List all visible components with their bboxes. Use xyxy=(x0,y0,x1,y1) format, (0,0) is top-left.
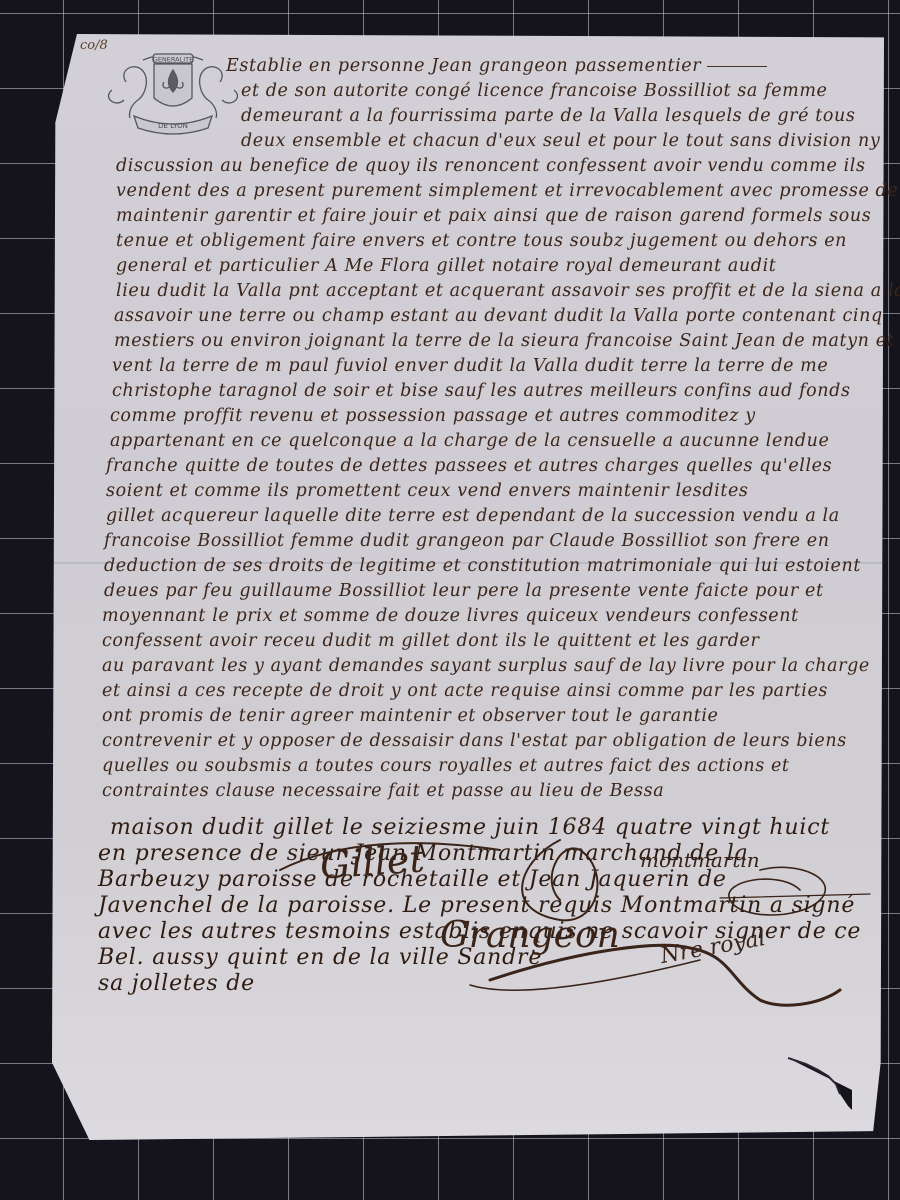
text-line: quelles ou soubsmis a toutes cours royal… xyxy=(102,756,790,776)
svg-text:DE LYON: DE LYON xyxy=(158,122,188,130)
text-line: assavoir une terre ou champ estant au de… xyxy=(114,306,883,326)
text-line: au paravant les y ayant demandes sayant … xyxy=(102,656,870,676)
text-line: francoise Bossilliot femme dudit grangeo… xyxy=(104,531,830,551)
text-line: moyennant le prix et somme de douze livr… xyxy=(102,606,799,626)
text-line: vent la terre de m paul fuviol enver dud… xyxy=(112,356,828,376)
closing-line: sa jolletes de xyxy=(98,971,255,996)
text-line: soient et comme ils promettent ceux vend… xyxy=(106,481,749,501)
text-line: comme proffit revenu et possession passa… xyxy=(110,406,756,426)
signature-flourishes xyxy=(260,830,880,1020)
text-line: christophe taragnol de soir et bise sauf… xyxy=(112,381,851,401)
text-line: deux ensemble et chacun d'eux seul et po… xyxy=(241,131,880,151)
svg-text:GENERALITE: GENERALITE xyxy=(153,56,193,64)
text-line: tenue et obligement faire envers et cont… xyxy=(116,231,847,251)
text-line: appartenant en ce quelconque a la charge… xyxy=(110,431,829,451)
paper-tear xyxy=(788,1050,852,1110)
text-line: discussion au benefice de quoy ils renon… xyxy=(116,156,866,176)
text-line: lieu dudit la Valla pnt acceptant et acq… xyxy=(116,281,900,301)
text-line: Establie en personne Jean grangeon passe… xyxy=(226,56,767,76)
text-line: deduction de ses droits de legitime et c… xyxy=(104,556,861,576)
text-line: et ainsi a ces recepte de droit y ont ac… xyxy=(102,681,828,701)
text-line: deues par feu guillaume Bossilliot leur … xyxy=(104,581,824,601)
text-line: maintenir garentir et faire jouir et pai… xyxy=(116,206,871,226)
text-line: ont promis de tenir agreer maintenir et … xyxy=(102,706,718,726)
text-line: confessent avoir receu dudit m gillet do… xyxy=(102,631,759,651)
text-line: gillet acquereur laquelle dite terre est… xyxy=(106,506,840,526)
text-line: mestiers ou environ joignant la terre de… xyxy=(114,331,894,351)
text-line: contrevenir et y opposer de dessaisir da… xyxy=(102,731,847,751)
text-line: general et particulier A Me Flora gillet… xyxy=(116,256,776,276)
text-line: demeurant a la fourrissima parte de la V… xyxy=(241,106,855,126)
text-line: contraintes clause necessaire fait et pa… xyxy=(102,781,664,801)
text-line: vendent des a present purement simplemen… xyxy=(116,181,898,201)
text-line: franche quitte de toutes de dettes passe… xyxy=(106,456,832,476)
text-line: et de son autorite congé licence francoi… xyxy=(241,81,828,101)
